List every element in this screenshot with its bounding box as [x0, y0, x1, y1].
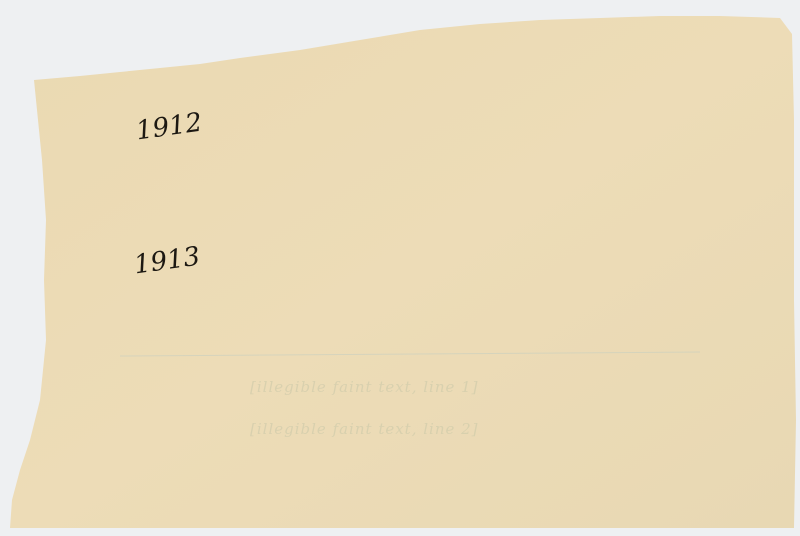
paper-fragment: [0, 0, 800, 536]
bleed-through-line-2: [illegible faint text, line 2]: [250, 420, 479, 438]
bleed-through-line-1: [illegible faint text, line 1]: [250, 378, 479, 396]
